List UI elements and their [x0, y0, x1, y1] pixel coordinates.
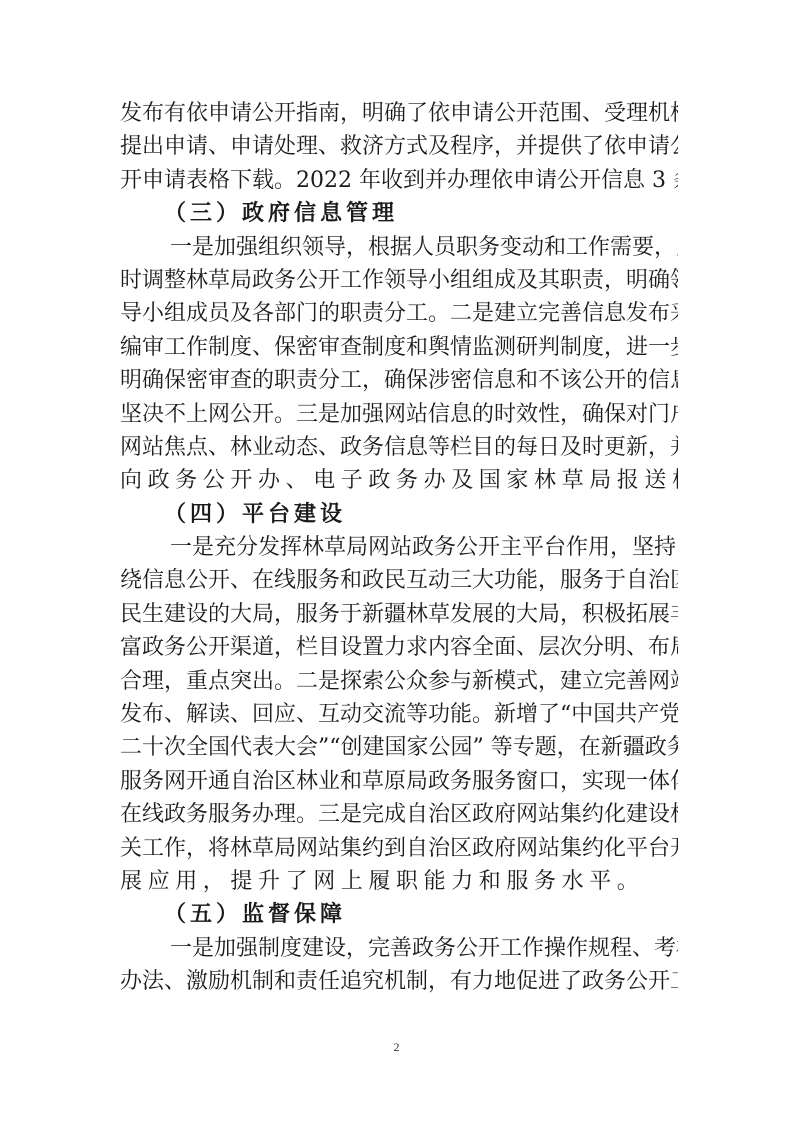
section-heading-government-info-management: （三）政府信息管理	[120, 197, 678, 230]
body-line: 富政务公开渠道，栏目设置力求内容全面、层次分明、布局	[120, 631, 678, 664]
body-line: 发布有依申请公开指南，明确了依申请公开范围、受理机构、	[120, 97, 678, 130]
body-line: 合理，重点突出。二是探索公众参与新模式，建立完善网站	[120, 665, 678, 698]
body-line: 二十次全国代表大会”“创建国家公园” 等专题，在新疆政务	[120, 731, 678, 764]
body-line: 时调整林草局政务公开工作领导小组组成及其职责，明确领	[120, 264, 678, 297]
paragraph-start-line: 一是加强制度建设，完善政务公开工作操作规程、考核	[120, 932, 678, 965]
body-line: 关工作，将林草局网站集约到自治区政府网站集约化平台开	[120, 832, 678, 865]
body-line: 在线政务服务办理。三是完成自治区政府网站集约化建设相	[120, 798, 678, 831]
body-line: 绕信息公开、在线服务和政民互动三大功能，服务于自治区	[120, 564, 678, 597]
paragraph-start-line: 一是加强组织领导，根据人员职务变动和工作需要，及	[120, 231, 678, 264]
body-line: 坚决不上网公开。三是加强网站信息的时效性，确保对门户	[120, 398, 678, 431]
section-heading-supervision-guarantee: （五）监督保障	[120, 898, 678, 931]
body-line: 民生建设的大局，服务于新疆林草发展的大局，积极拓展丰	[120, 598, 678, 631]
page-number: 2	[0, 1040, 793, 1055]
body-line: 发布、解读、回应、互动交流等功能。新增了“中国共产党第	[120, 698, 678, 731]
body-line: 编审工作制度、保密审查制度和舆情监测研判制度，进一步	[120, 331, 678, 364]
paragraph-end-line: 向政务公开办、电子政务办及国家林草局报送相关信息。	[120, 464, 678, 497]
body-line: 明确保密审查的职责分工，确保涉密信息和不该公开的信息	[120, 364, 678, 397]
body-line: 服务网开通自治区林业和草原局政务服务窗口，实现一体化	[120, 765, 678, 798]
body-line: 办法、激励机制和责任追究机制，有力地促进了政务公开工	[120, 965, 678, 998]
document-page: 发布有依申请公开指南，明确了依申请公开范围、受理机构、 提出申请、申请处理、救济…	[0, 0, 793, 1122]
body-line: 导小组成员及各部门的职责分工。二是建立完善信息发布采	[120, 297, 678, 330]
paragraph-start-line: 一是充分发挥林草局网站政务公开主平台作用，坚持围	[120, 531, 678, 564]
body-line: 网站焦点、林业动态、政务信息等栏目的每日及时更新，并	[120, 431, 678, 464]
document-body: 发布有依申请公开指南，明确了依申请公开范围、受理机构、 提出申请、申请处理、救济…	[120, 97, 678, 999]
body-line: 开申请表格下载。2022 年收到并办理依申请公开信息 3 条。	[120, 164, 678, 197]
body-line: 提出申请、申请处理、救济方式及程序，并提供了依申请公	[120, 130, 678, 163]
paragraph-end-line: 展应用，提升了网上履职能力和服务水平。	[120, 865, 678, 898]
section-heading-platform-construction: （四）平台建设	[120, 498, 678, 531]
